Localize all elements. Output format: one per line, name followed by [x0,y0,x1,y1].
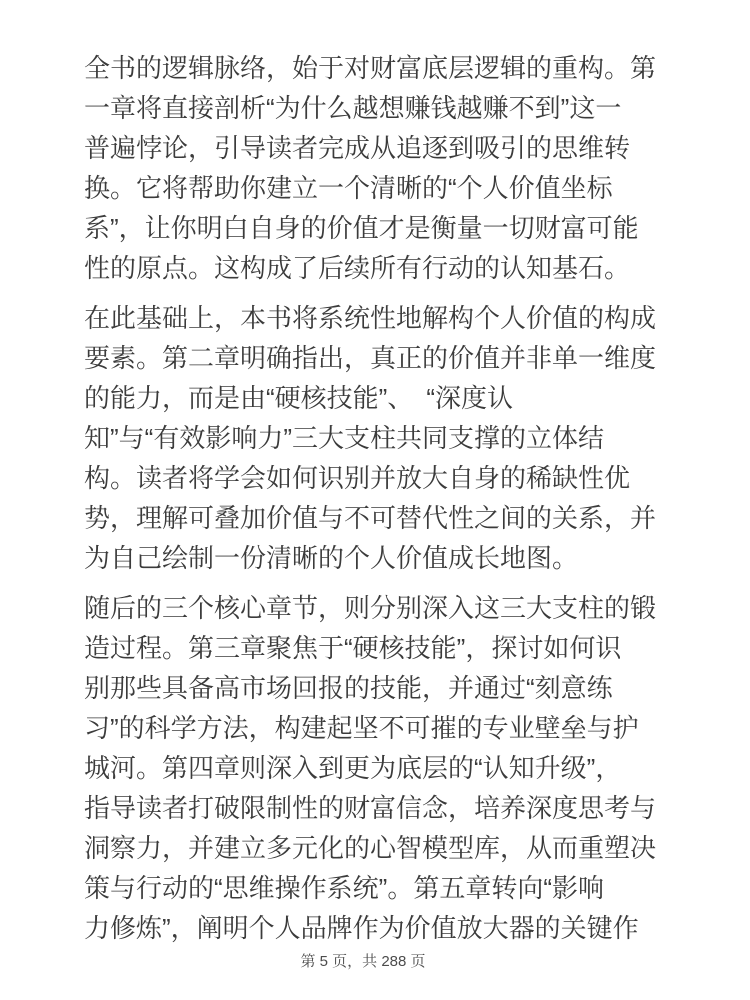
page-body-text: 全书的逻辑脉络，始于对财富底层逻辑的重构。第 一章将直接剖析“为什么越想赚钱越赚… [0,0,750,948]
text-line: 势，理解可叠加价值与不可替代性之间的关系，并 [84,498,670,538]
page-number-footer: 第 5 页，共 288 页 [0,952,738,972]
text-line: 造过程。第三章聚焦于“硬核技能”，探讨如何识 [84,628,670,668]
text-line: 换。它将帮助你建立一个清晰的“个人价值坐标 [84,168,670,208]
paragraph-2: 在此基础上，本书将系统性地解构个人价值的构成 要素。第二章明确指出，真正的价值并… [84,298,670,578]
text-line: 习”的科学方法，构建起坚不可摧的专业壁垒与护 [84,708,670,748]
text-line: 别那些具备高市场回报的技能，并通过“刻意练 [84,668,670,708]
text-line: 指导读者打破限制性的财富信念，培养深度思考与 [84,788,670,828]
document-page: 全书的逻辑脉络，始于对财富底层逻辑的重构。第 一章将直接剖析“为什么越想赚钱越赚… [0,0,750,1000]
text-line: 系”，让你明白自身的价值才是衡量一切财富可能 [84,208,670,248]
text-line: 构。读者将学会如何识别并放大自身的稀缺性优 [84,458,670,498]
paragraph-1: 全书的逻辑脉络，始于对财富底层逻辑的重构。第 一章将直接剖析“为什么越想赚钱越赚… [84,48,670,288]
text-line: 性的原点。这构成了后续所有行动的认知基石。 [84,248,670,288]
text-line: 的能力，而是由“硬核技能”、 “深度认 [84,378,670,418]
text-line: 知”与“有效影响力”三大支柱共同支撑的立体结 [84,418,670,458]
text-line: 普遍悖论，引导读者完成从追逐到吸引的思维转 [84,128,670,168]
text-line: 为自己绘制一份清晰的个人价值成长地图。 [84,538,670,578]
text-line: 一章将直接剖析“为什么越想赚钱越赚不到”这一 [84,88,670,128]
text-line: 随后的三个核心章节，则分别深入这三大支柱的锻 [84,588,670,628]
text-line: 洞察力，并建立多元化的心智模型库，从而重塑决 [84,828,670,868]
text-line: 力修炼”，阐明个人品牌作为价值放大器的关键作 [84,908,670,948]
text-line: 全书的逻辑脉络，始于对财富底层逻辑的重构。第 [84,48,670,88]
text-line: 在此基础上，本书将系统性地解构个人价值的构成 [84,298,670,338]
text-line: 要素。第二章明确指出，真正的价值并非单一维度 [84,338,670,378]
paragraph-3: 随后的三个核心章节，则分别深入这三大支柱的锻 造过程。第三章聚焦于“硬核技能”，… [84,588,670,948]
text-line: 策与行动的“思维操作系统”。第五章转向“影响 [84,868,670,908]
text-line: 城河。第四章则深入到更为底层的“认知升级”， [84,748,670,788]
